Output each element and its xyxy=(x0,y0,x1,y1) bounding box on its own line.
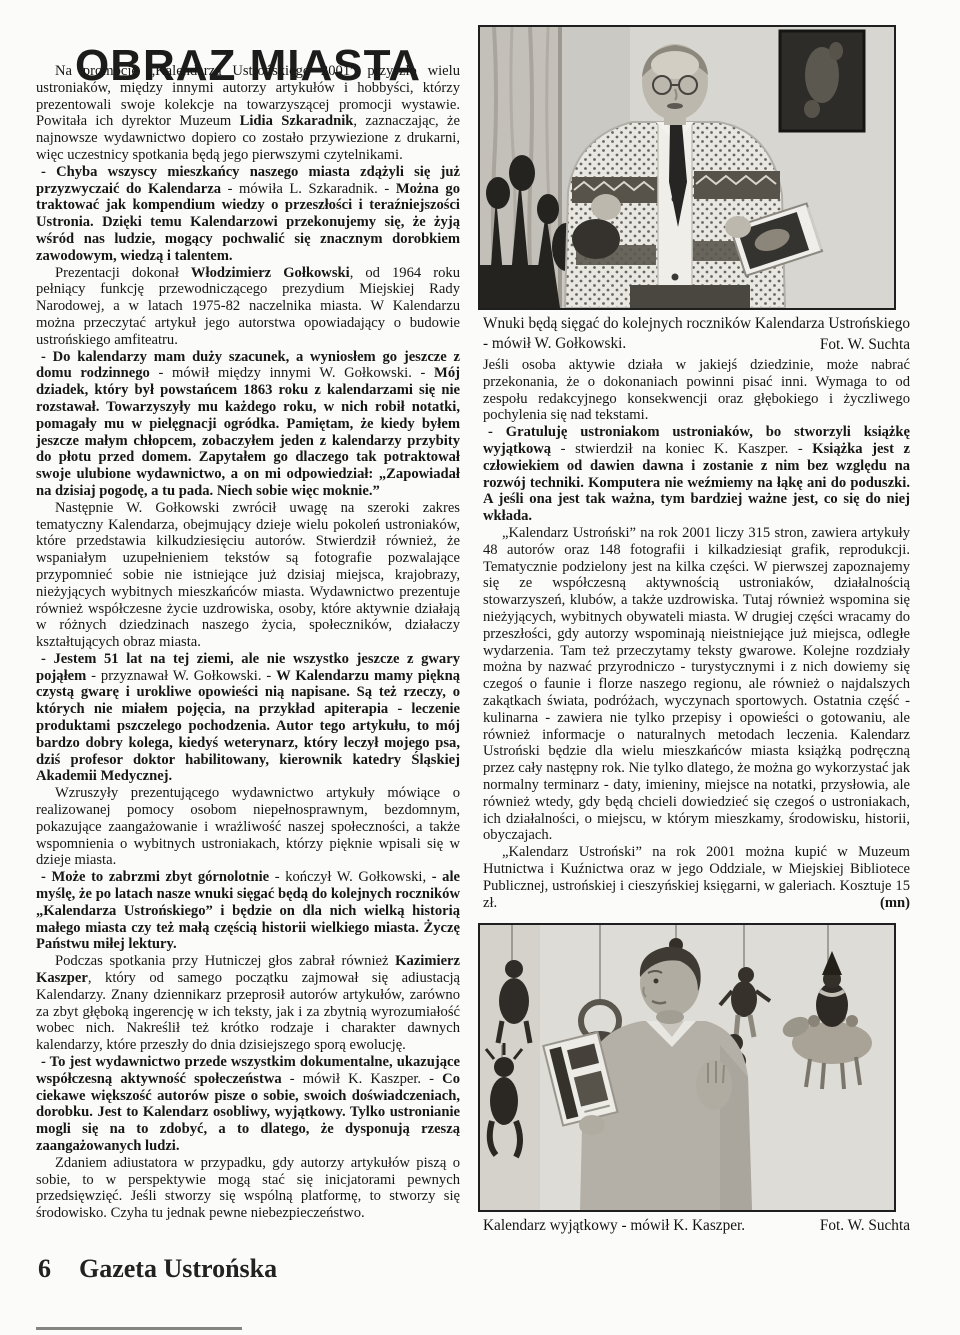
photo-credit: Fot. W. Suchta xyxy=(820,335,910,355)
paragraph: - Chyba wszyscy mieszkańcy naszego miast… xyxy=(36,164,460,265)
photo-credit: Fot. W. Suchta xyxy=(820,1216,910,1238)
paragraph: Prezentacji dokonał Włodzimierz Gołkowsk… xyxy=(36,265,460,349)
paragraph: Na promocję „Kalendarza Ustrońskiego 200… xyxy=(36,63,460,164)
wall-picture xyxy=(780,31,864,131)
paragraph: Wzruszyły prezentującego wydawnictwo art… xyxy=(36,785,460,869)
page-number: 6 xyxy=(38,1254,51,1284)
photo-kaszper-image xyxy=(480,925,894,1210)
paragraph: Następnie W. Gołkowski zwrócił uwagę na … xyxy=(36,500,460,651)
article-left-column: Na promocję „Kalendarza Ustrońskiego 200… xyxy=(36,63,460,1253)
photo-kaszper-caption: Kalendarz wyjątkowy - mówił K. Kaszper. … xyxy=(483,1216,910,1238)
newspaper-name: Gazeta Ustrońska xyxy=(79,1254,277,1284)
article-right-column: Jeśli osoba aktywie działa w jakiejś dzi… xyxy=(483,357,910,915)
photo-golkowski xyxy=(478,25,896,310)
photo-golkowski-caption: Wnuki będą sięgać do kolejnych roczników… xyxy=(483,314,910,354)
paragraph: Zdaniem adiustatora w przypadku, gdy aut… xyxy=(36,1155,460,1222)
newspaper-page: OBRAZ MIASTA Na promocję „Kalendarza Ust… xyxy=(0,0,960,1335)
caption-text: Kalendarz wyjątkowy - mówił K. Kaszper. xyxy=(483,1216,745,1238)
scan-artifact-line xyxy=(36,1327,242,1330)
paragraph: - To jest wydawnictwo przede wszystkim d… xyxy=(36,1054,460,1155)
paragraph: - Może to zabrzmi zbyt górnolotnie - koń… xyxy=(36,869,460,953)
paragraph: - Jestem 51 lat na tej ziemi, ale nie ws… xyxy=(36,651,460,785)
paragraph: „Kalendarz Ustroński” na rok 2001 liczy … xyxy=(483,525,910,844)
paragraph: - Gratuluję ustroniakom ustroniaków, bo … xyxy=(483,424,910,525)
photo-golkowski-image xyxy=(480,27,894,308)
paragraph: Jeśli osoba aktywie działa w jakiejś dzi… xyxy=(483,357,910,424)
paragraph: Podczas spotkania przy Hutniczej głos za… xyxy=(36,953,460,1054)
paragraph: „Kalendarz Ustroński” na rok 2001 można … xyxy=(483,844,910,911)
paragraph: - Do kalendarzy mam duży szacunek, a wyn… xyxy=(36,349,460,500)
photo-kaszper xyxy=(478,923,896,1212)
page-footer: 6 Gazeta Ustrońska xyxy=(38,1254,277,1284)
